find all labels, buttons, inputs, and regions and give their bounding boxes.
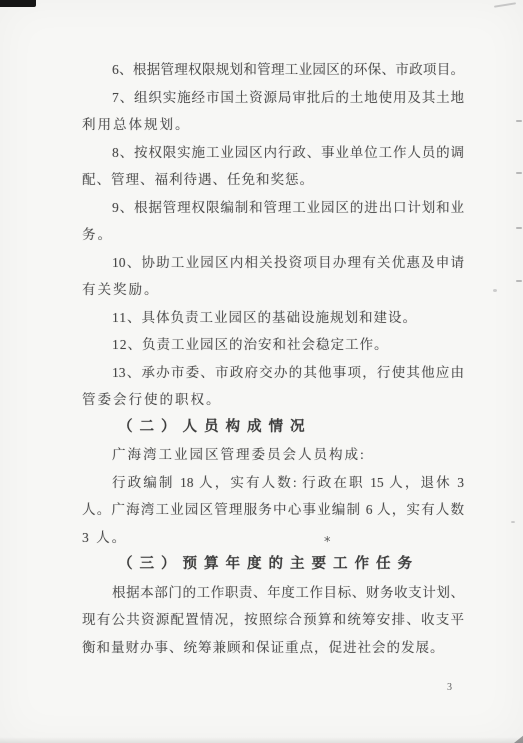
text-line: 管委会行使的职权。 — [82, 386, 464, 414]
text-line: 人。广海湾工业园区管理服务中心事业编制 6 人，实有人数 — [82, 496, 464, 524]
section-heading-text: （三）预算年度的主要工作任务 — [82, 551, 464, 579]
text-line: 广海湾工业园区管理委员会人员构成: — [82, 441, 464, 469]
paragraph: 6、根据管理权限规划和管理工业园区的环保、市政项目。 — [82, 56, 464, 84]
text-line: 利用总体规划。 — [82, 111, 464, 139]
text-line: 12、负责工业园区的治安和社会稳定工作。 — [82, 331, 464, 359]
text-line: 13、承办市委、市政府交办的其他事项，行使其他应由 — [82, 359, 464, 387]
paragraph: 9、根据管理权限编制和管理工业园区的进出口计划和业 务。 — [82, 194, 464, 249]
scanned-document-page: 6、根据管理权限规划和管理工业园区的环保、市政项目。 7、组织实施经市国土资源局… — [0, 0, 523, 743]
section-heading-text: （二）人员构成情况 — [82, 414, 464, 442]
scan-edge-tick — [516, 280, 522, 282]
text-line: 11、具体负责工业园区的基础设施规划和建设。 — [82, 304, 464, 332]
scan-edge-tick — [516, 227, 522, 229]
paragraph: 7、组织实施经市国土资源局审批后的土地使用及其土地 利用总体规划。 — [82, 84, 464, 139]
scan-edge-tick — [516, 120, 522, 122]
text-line: 配、管理、福利待遇、任免和奖惩。 — [82, 166, 464, 194]
text-line: 务。 — [82, 221, 464, 249]
paragraph: 11、具体负责工业园区的基础设施规划和建设。 — [82, 304, 464, 332]
section-heading: （二）人员构成情况 — [82, 414, 464, 442]
text-line: 6、根据管理权限规划和管理工业园区的环保、市政项目。 — [82, 56, 464, 84]
paragraph: 10、协助工业园区内相关投资项目办理有关优惠及申请 有关奖励。 — [82, 249, 464, 304]
paragraph: 13、承办市委、市政府交办的其他事项，行使其他应由 管委会行使的职权。 — [82, 359, 464, 414]
ink-dot-mark: * — [324, 536, 331, 549]
scan-bottom-edge-shadow — [0, 737, 523, 743]
text-line: 根据本部门的工作职责、年度工作目标、财务收支计划、 — [82, 579, 464, 607]
paragraph: 行政编制 18 人，实有人数: 行政在职 15 人，退休 3 人。广海湾工业园区… — [82, 469, 464, 552]
section-heading: （三）预算年度的主要工作任务 — [82, 551, 464, 579]
scan-speck — [493, 289, 497, 292]
scan-scratch-top-right — [494, 2, 516, 7]
scan-speck — [511, 521, 515, 523]
paragraph: 根据本部门的工作职责、年度工作目标、财务收支计划、 现有公共资源配置情况，按照综… — [82, 579, 464, 662]
paragraph: 12、负责工业园区的治安和社会稳定工作。 — [82, 331, 464, 359]
text-line: 7、组织实施经市国土资源局审批后的土地使用及其土地 — [82, 84, 464, 112]
text-line: 有关奖励。 — [82, 276, 464, 304]
paragraph: 广海湾工业园区管理委员会人员构成: — [82, 441, 464, 469]
scan-corner-mark-top-left — [0, 0, 36, 7]
text-line: 3 人。 — [82, 524, 464, 552]
text-line: 衡和量财办事、统筹兼顾和保证重点，促进社会的发展。 — [82, 634, 464, 662]
text-line: 9、根据管理权限编制和管理工业园区的进出口计划和业 — [82, 194, 464, 222]
scan-edge-tick — [516, 172, 522, 174]
paragraph: 8、按权限实施工业园区内行政、事业单位工作人员的调 配、管理、福利待遇、任免和奖… — [82, 139, 464, 194]
document-body: 6、根据管理权限规划和管理工业园区的环保、市政项目。 7、组织实施经市国土资源局… — [82, 56, 464, 661]
text-line: 行政编制 18 人，实有人数: 行政在职 15 人，退休 3 — [82, 469, 464, 497]
text-line: 8、按权限实施工业园区内行政、事业单位工作人员的调 — [82, 139, 464, 167]
page-number: 3 — [447, 682, 452, 693]
text-line: 现有公共资源配置情况，按照综合预算和统筹安排、收支平 — [82, 606, 464, 634]
text-line: 10、协助工业园区内相关投资项目办理有关优惠及申请 — [82, 249, 464, 277]
